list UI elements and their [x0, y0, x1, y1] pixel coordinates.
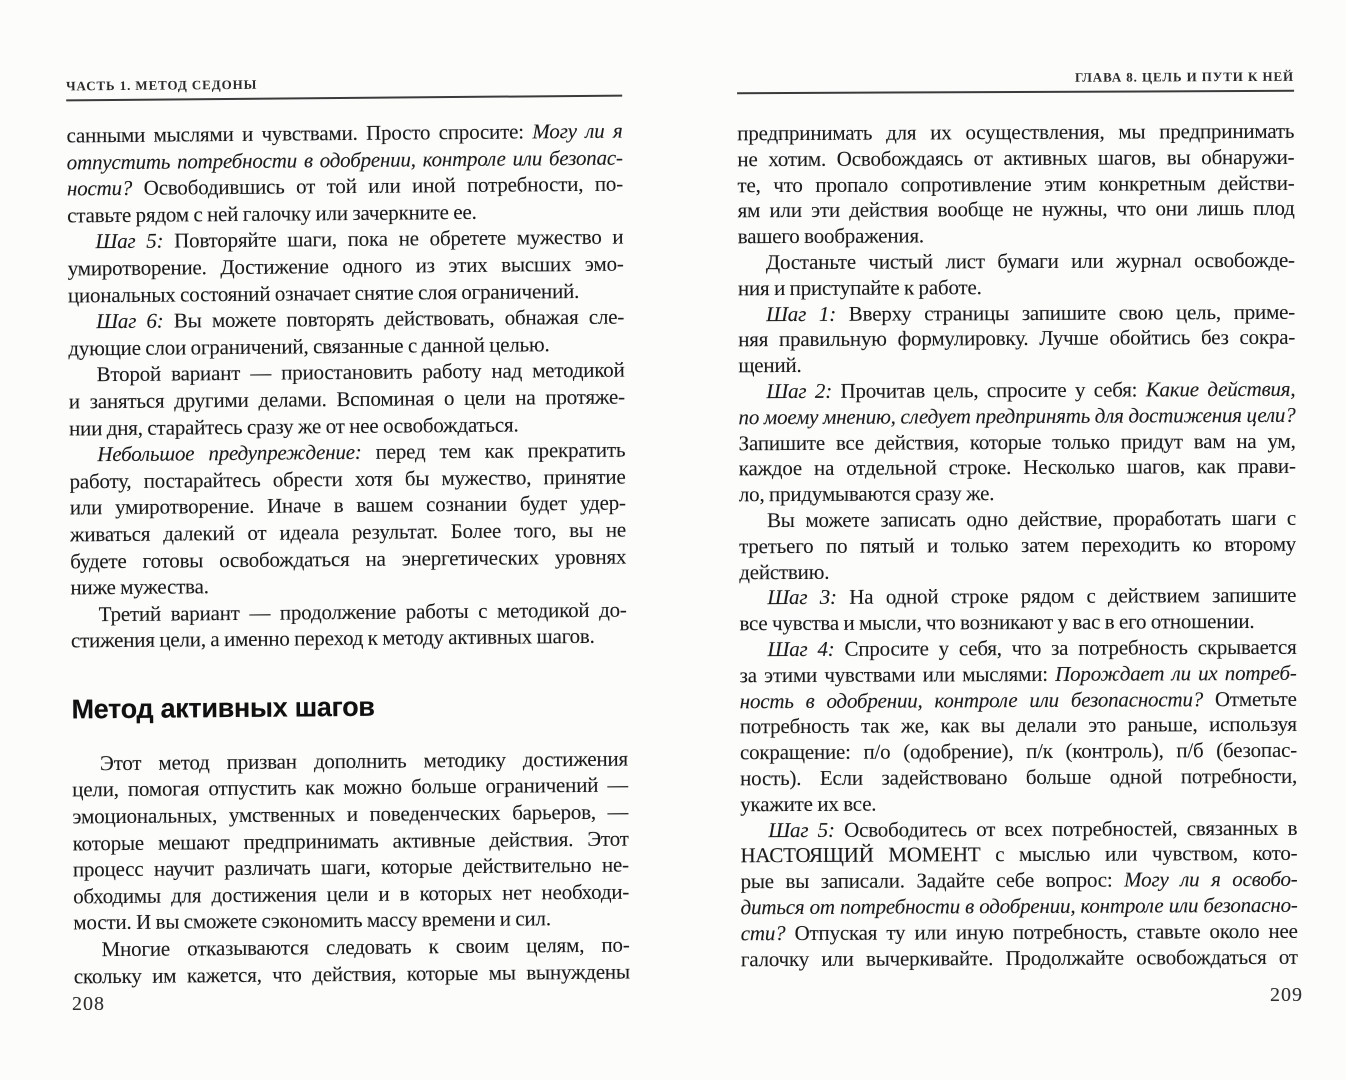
text-line: Вы можете записать одно действие, прораб…: [739, 506, 1296, 534]
text-line: щений.: [738, 351, 1295, 379]
text-line: Шаг 1: Вверху страницы запишите свою цел…: [738, 299, 1295, 327]
text-line: няя правильную формулировку. Лучше обойт…: [738, 325, 1295, 353]
text-line: Запишите все действия, которые только пр…: [739, 428, 1296, 456]
page-number-right: 209: [1270, 984, 1303, 1007]
text-line: и заняться другими делами. Вспоминая о ц…: [69, 383, 625, 414]
text-line: по моему мнению, следует предпринять для…: [738, 403, 1295, 431]
text-line: ло, придумываются сразу же.: [739, 480, 1296, 508]
running-head-right-text: ГЛАВА 8. ЦЕЛЬ И ПУТИ К НЕЙ: [1075, 69, 1294, 85]
text-line: Шаг 5: Освободитесь от всех потребностей…: [740, 815, 1297, 843]
text-line: те, что пропало сопротивление этим конкр…: [737, 170, 1294, 198]
text-line: НАСТОЯЩИЙ МОМЕНТ с мыслью или чувством, …: [740, 841, 1297, 869]
section-heading: Метод активных шагов: [71, 689, 627, 724]
text-line: третьего по пятый и только затем переход…: [739, 532, 1296, 560]
text-line: не хотим. Освобождаясь от активных шагов…: [737, 145, 1294, 173]
text-line: галочку или вычеркивайте. Продолжайте ос…: [741, 944, 1298, 972]
text-line: рые вы записали. Задайте себе вопрос: Мо…: [740, 867, 1297, 895]
text-line: Шаг 2: Прочитав цель, спросите у себя: К…: [738, 377, 1295, 405]
text-line: будете готовы освобождаться на энергетич…: [70, 543, 626, 574]
text-line: предпринимать для их осуществления, мы п…: [737, 119, 1294, 147]
text-line: за этими чувствами или мыслями: Порождае…: [740, 661, 1297, 689]
text-line: Достаньте чистый лист бумаги или журнал …: [738, 248, 1295, 276]
text-line: Шаг 4: Спросите у себя, что за потребнос…: [739, 635, 1296, 663]
page-right-body: предпринимать для их осуществления, мы п…: [737, 119, 1298, 973]
text-line: умиротворение. Достижение одного из этих…: [68, 251, 624, 282]
text-line: ность в одобрении, контроле или безопасн…: [740, 686, 1297, 714]
text-line: каждое на отдельной строке. Несколько ша…: [739, 454, 1296, 482]
page-right: ГЛАВА 8. ЦЕЛЬ И ПУТИ К НЕЙ предпринимать…: [737, 69, 1298, 973]
text-line: потребность так же, как вы делали это ра…: [740, 712, 1297, 740]
page-number-left: 208: [72, 993, 105, 1016]
text-line: скольку им кажется, что действия, которы…: [74, 958, 630, 989]
text-line: Шаг 3: На одной строке рядом с действием…: [739, 583, 1296, 611]
text-line: вашего воображения.: [738, 222, 1295, 250]
running-head-left: ЧАСТЬ 1. МЕТОД СЕДОНЫ: [66, 74, 622, 102]
text-line: сокращение: п/о (одобрение), п/к (контро…: [740, 738, 1297, 766]
page-left: ЧАСТЬ 1. МЕТОД СЕДОНЫ санными мыслями и …: [66, 74, 630, 990]
text-line: диться от потребности в одобрении, контр…: [741, 893, 1298, 921]
running-head-left-text: ЧАСТЬ 1. МЕТОД СЕДОНЫ: [66, 77, 257, 94]
text-line: действию.: [739, 557, 1296, 585]
text-line: стижения цели, а именно переход к методу…: [71, 623, 627, 654]
text-line: ям или эти действия вообще не нужны, что…: [738, 196, 1295, 224]
text-line: ности? Освободившись от той или иной пот…: [67, 171, 623, 202]
text-line: укажите их все.: [740, 789, 1297, 817]
text-line: сти? Отпуская ту или иную потребность, с…: [741, 918, 1298, 946]
text-line: живаться далекий от идеала результат. Бо…: [70, 516, 626, 547]
text-line: ния и приступайте к работе.: [738, 274, 1295, 302]
page-left-body: санными мыслями и чувствами. Просто спро…: [66, 118, 630, 990]
text-line: ность). Если задействовано больше одной …: [740, 764, 1297, 792]
running-head-right: ГЛАВА 8. ЦЕЛЬ И ПУТИ К НЕЙ: [737, 69, 1294, 94]
text-line: все чувства и мысли, что возникают у вас…: [739, 609, 1296, 637]
